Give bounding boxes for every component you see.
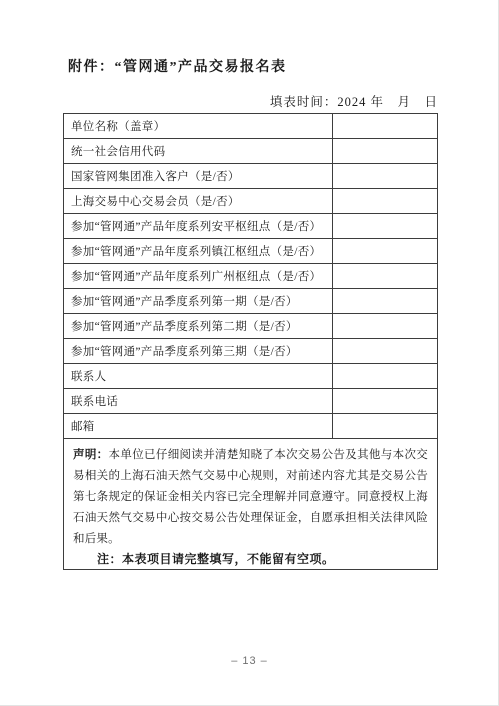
table-row: 邮箱: [64, 414, 438, 439]
table-row: 参加“管网通”产品年度系列广州枢纽点（是/否）: [64, 264, 438, 289]
field-label: 参加“管网通”产品季度系列第三期（是/否）: [64, 339, 333, 364]
field-label: 参加“管网通”产品年度系列镇江枢纽点（是/否）: [64, 239, 333, 264]
field-label: 参加“管网通”产品年度系列广州枢纽点（是/否）: [64, 264, 333, 289]
table-row: 单位名称（盖章）: [64, 114, 438, 139]
field-value-cell: [333, 289, 438, 314]
field-label: 统一社会信用代码: [64, 139, 333, 164]
field-label: 邮箱: [64, 414, 333, 439]
fill-date-line: 填表时间：2024 年 月 日: [270, 92, 438, 110]
field-value-cell: [333, 189, 438, 214]
field-value-cell: [333, 214, 438, 239]
field-label: 国家管网集团准入客户（是/否）: [64, 164, 333, 189]
field-value-cell: [333, 139, 438, 164]
field-label: 上海交易中心交易会员（是/否）: [64, 189, 333, 214]
document-page: 附件：“管网通”产品交易报名表 填表时间：2024 年 月 日 单位名称（盖章）…: [0, 0, 499, 706]
field-label: 单位名称（盖章）: [64, 114, 333, 139]
table-row: 联系人: [64, 364, 438, 389]
field-value-cell: [333, 389, 438, 414]
table-row: 参加“管网通”产品季度系列第一期（是/否）: [64, 289, 438, 314]
field-value-cell: [333, 239, 438, 264]
declaration-text: 本单位已仔细阅读并清楚知晓了本次交易公告及其他与本次交易相关的上海石油天然气交易…: [73, 449, 428, 545]
field-label: 参加“管网通”产品年度系列安平枢纽点（是/否）: [64, 214, 333, 239]
field-label: 参加“管网通”产品季度系列第二期（是/否）: [64, 314, 333, 339]
field-value-cell: [333, 364, 438, 389]
table-row: 参加“管网通”产品年度系列镇江枢纽点（是/否）: [64, 239, 438, 264]
field-label: 参加“管网通”产品季度系列第一期（是/否）: [64, 289, 333, 314]
page-number: – 13 –: [0, 655, 499, 667]
table-row: 参加“管网通”产品季度系列第三期（是/否）: [64, 339, 438, 364]
table-row: 国家管网集团准入客户（是/否）: [64, 164, 438, 189]
field-value-cell: [333, 339, 438, 364]
attachment-title: 附件：“管网通”产品交易报名表: [68, 56, 287, 76]
field-value-cell: [333, 114, 438, 139]
table-row: 参加“管网通”产品年度系列安平枢纽点（是/否）: [64, 214, 438, 239]
field-value-cell: [333, 414, 438, 439]
declaration-label: 声明：: [73, 449, 109, 461]
table-row: 上海交易中心交易会员（是/否）: [64, 189, 438, 214]
table-row: 参加“管网通”产品季度系列第二期（是/否）: [64, 314, 438, 339]
field-value-cell: [333, 164, 438, 189]
table-row: 统一社会信用代码: [64, 139, 438, 164]
table-row: 联系电话: [64, 389, 438, 414]
note-line: 注：本表项目请完整填写，不能留有空项。: [97, 550, 335, 567]
field-label: 联系电话: [64, 389, 333, 414]
field-value-cell: [333, 264, 438, 289]
field-label: 联系人: [64, 364, 333, 389]
field-value-cell: [333, 314, 438, 339]
registration-form-table: 单位名称（盖章） 统一社会信用代码 国家管网集团准入客户（是/否） 上海交易中心…: [63, 113, 438, 570]
